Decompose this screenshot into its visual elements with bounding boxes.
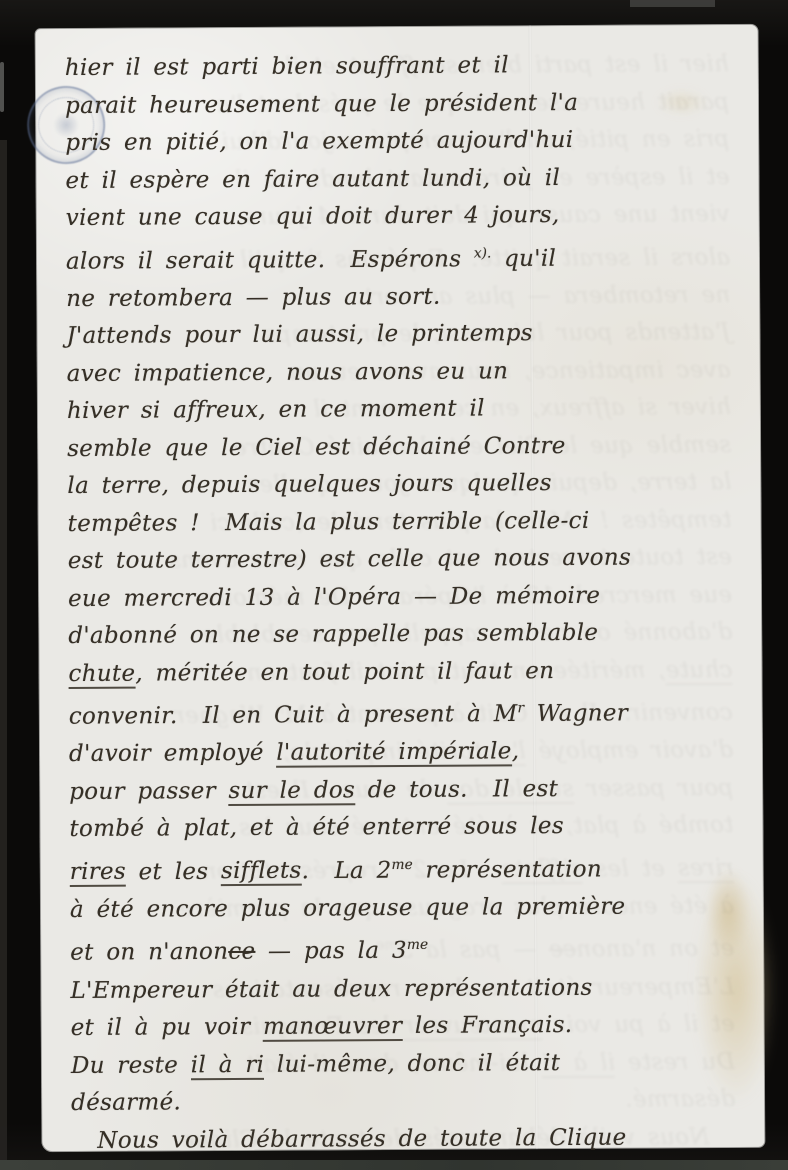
letter-text-segment: rires: [70, 859, 126, 887]
letter-text-segment: pris en pitié, on l'a exempté aujourd'hu…: [65, 127, 573, 156]
letter-line: Nous voilà débarrassés de toute la Cliqu…: [71, 1119, 745, 1161]
letter-text-segment: représentation: [413, 856, 602, 883]
letter-line: semble que le Ciel est déchainé Contre: [67, 427, 741, 469]
letter-text-segment: manœuvrer: [263, 1013, 402, 1042]
letter-text-segment: chute: [68, 660, 135, 688]
letter-line: pour passer sur le dos de tous. Il est: [69, 770, 743, 812]
letter-body: hier il est parti bien souffrant et ilpa…: [35, 24, 766, 1152]
letter-line: hier il est parti bien souffrant et il: [65, 46, 739, 88]
letter-line: chute, méritée en tout point il faut en: [68, 652, 742, 694]
scanner-edge-bottom: [0, 1160, 788, 1170]
letter-text-segment: et il à pu voir: [71, 1014, 264, 1041]
letter-line: J'attends pour lui aussi, le printemps: [66, 314, 740, 356]
letter-text-segment: x).: [474, 245, 492, 261]
letter-line: pris en pitié, on l'a exempté aujourd'hu…: [65, 121, 739, 163]
letter-text-segment: , méritée en tout point il faut en: [135, 658, 554, 687]
letter-text-segment: qu'il: [491, 245, 556, 271]
letter-text-segment: d'avoir employé: [69, 740, 276, 767]
letter-text-segment: eue mercredi 13 à l'Opéra — De mémoire: [68, 582, 600, 611]
letter-text-segment: désarmé.: [71, 1089, 181, 1116]
letter-text-segment: et il espère en faire autant lundi, où i…: [65, 165, 560, 194]
letter-line: L'Empereur était au deux représentations: [70, 969, 744, 1011]
letter-text-segment: sur le dos: [228, 777, 355, 806]
letter-text-segment: la terre, depuis quelques jours quelles: [67, 470, 552, 499]
letter-text-segment: ,: [512, 739, 520, 765]
letter-text-segment: hier il est parti bien souffrant et il: [65, 52, 509, 81]
letter-text-segment: me: [391, 857, 412, 873]
letter-line: Du reste il à ri lui-même, donc il était: [71, 1044, 745, 1086]
letter-line: tombé à plat, et à été enterré sous les: [69, 807, 743, 849]
letter-text-segment: est toute terrestre) est celle que nous …: [68, 545, 631, 574]
letter-line: ne retombera — plus au sort.: [66, 277, 740, 319]
letter-text-segment: parait heureusement que le président l'a: [65, 89, 578, 118]
letter-text-segment: et les: [126, 859, 221, 886]
letter-text-segment: et on n'anon: [70, 939, 228, 966]
letter-line: désarmé.: [71, 1081, 745, 1123]
letter-text-segment: J'attends pour lui aussi, le printemps: [66, 320, 533, 349]
letter-text-segment: pour passer: [69, 778, 228, 805]
letter-line: et il espère en faire autant lundi, où i…: [65, 158, 739, 200]
letter-text-segment: d'abonné on ne se rappelle pas semblable: [68, 620, 598, 649]
letter-text-segment: les Français.: [402, 1012, 572, 1039]
letter-text-segment: convenir. Il en Cuit à present à M: [69, 701, 518, 730]
letter-text-segment: semble que le Ciel est déchainé Contre: [67, 433, 566, 462]
letter-line: rires et les sifflets. La 2me représenta…: [70, 845, 744, 892]
letter-text-segment: tombé à plat, et à été enterré sous les: [69, 813, 564, 842]
letter-line: et il à pu voir manœuvrer les Français.: [71, 1006, 745, 1048]
letter-text-segment: avec impatience, nous avons eu un: [67, 358, 509, 387]
letter-text-segment: de tous. Il est: [355, 776, 558, 803]
letter-text-segment: sifflets: [221, 858, 302, 886]
letter-text-segment: hiver si affreux, en ce moment il: [67, 396, 485, 425]
letter-page: hier il est parti bien souffrant et ilpa…: [35, 24, 766, 1152]
scanner-edge-top: [630, 0, 715, 7]
letter-text-segment: à été encore plus orageuse que la premiè…: [70, 894, 626, 923]
letter-line: tempêtes ! Mais la plus terrible (celle-…: [67, 502, 741, 544]
letter-line: et on n'anonce — pas la 3me: [70, 925, 744, 972]
letter-text-segment: l'autorité impériale: [276, 739, 512, 768]
letter-text-segment: ne retombera — plus au sort.: [66, 283, 441, 311]
letter-line: eue mercredi 13 à l'Opéra — De mémoire: [68, 577, 742, 619]
letter-text-segment: lui-même, donc il était: [264, 1050, 560, 1078]
letter-line: convenir. Il en Cuit à present à Mr Wagn…: [69, 689, 743, 736]
letter-line: d'abonné on ne se rappelle pas semblable: [68, 614, 742, 656]
letter-text-segment: vient une cause qui doit durer 4 jours,: [66, 202, 560, 231]
letter-line: parait heureusement que le président l'a: [65, 83, 739, 125]
letter-text-segment: alors il serait quitte. Espérons: [66, 246, 474, 274]
letter-line: à été encore plus orageuse que la premiè…: [70, 888, 744, 930]
letter-line: d'avoir employé l'autorité impériale,: [69, 732, 743, 774]
scanner-edge-left: [0, 140, 7, 1160]
letter-text-segment: tempêtes ! Mais la plus terrible (celle-…: [68, 507, 590, 536]
letter-line: avec impatience, nous avons eu un: [67, 352, 741, 394]
letter-text-segment: Nous voilà débarrassés de toute la Cliqu…: [97, 1124, 626, 1153]
scanner-edge-highlight: [0, 62, 4, 112]
letter-line: alors il serait quitte. Espérons x). qu'…: [66, 233, 740, 280]
letter-text-segment: L'Empereur était au deux représentations: [70, 974, 592, 1003]
letter-text-segment: — pas la 3: [255, 938, 407, 965]
letter-line: est toute terrestre) est celle que nous …: [68, 539, 742, 581]
letter-line: vient une cause qui doit durer 4 jours,: [66, 196, 740, 238]
letter-text-segment: ce: [228, 939, 255, 965]
letter-line: la terre, depuis quelques jours quelles: [67, 464, 741, 506]
letter-line: hiver si affreux, en ce moment il: [67, 389, 741, 431]
letter-text-segment: Du reste: [71, 1052, 191, 1079]
letter-text-segment: . La 2: [301, 858, 391, 885]
letter-text-segment: il à ri: [191, 1051, 265, 1079]
letter-text-segment: me: [407, 937, 428, 953]
letter-text-segment: Wagner: [524, 700, 628, 727]
scan-canvas: { "document": { "kind": "scanned handwri…: [0, 0, 788, 1170]
